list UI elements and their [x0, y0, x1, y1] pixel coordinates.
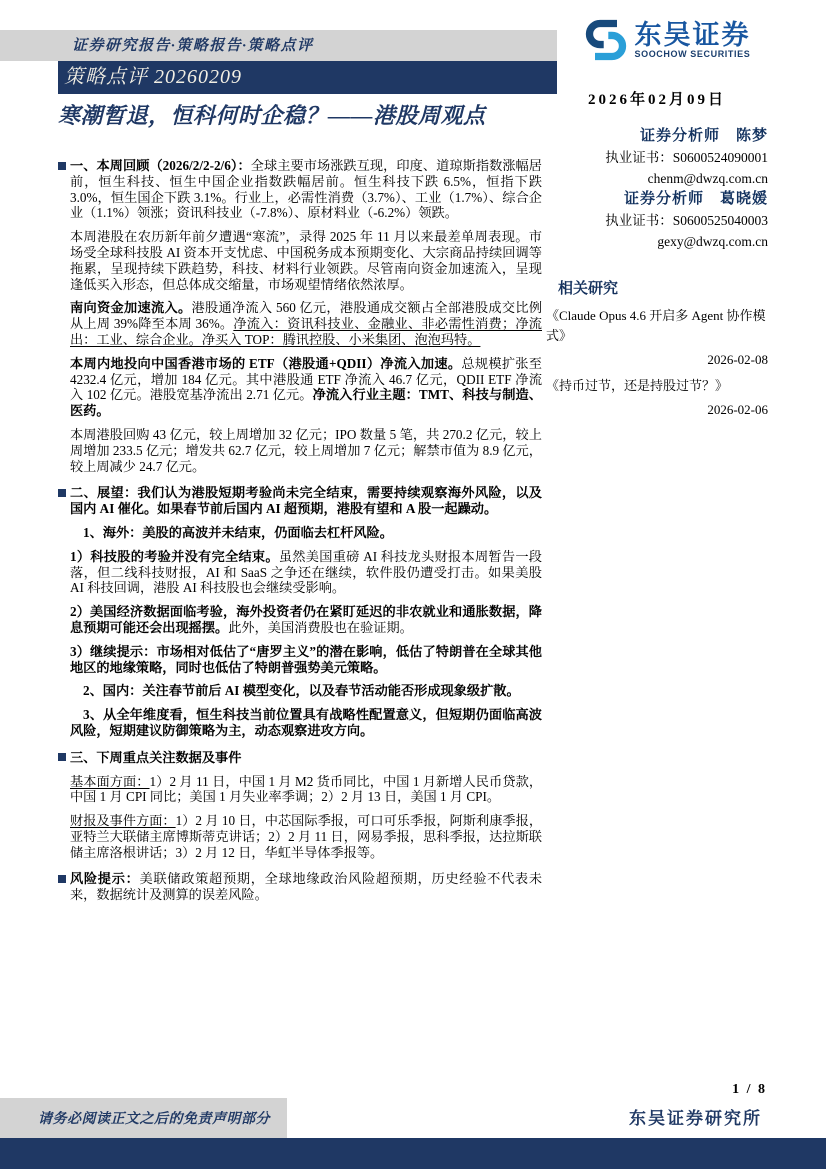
report-type-breadcrumb: 证券研究报告·策略报告·策略点评: [72, 38, 314, 54]
section-paragraph: 二、展望：我们认为港股短期考验尚未完全结束，需要持续观察海外风险，以及国内 AI…: [58, 485, 542, 517]
institute-name: 东吴证券研究所: [629, 1104, 762, 1129]
text-run: 二、展望：我们认为港股短期考验尚未完全结束，需要持续观察海外风险，以及国内 AI…: [70, 485, 542, 516]
body-paragraph: 3、从全年维度看，恒生科技当前位置具有战略性配置意义，但短期仍面临高波风险，短期…: [58, 707, 542, 739]
report-body: 一、本周回顾（2026/2/2-2/6）：全球主要市场涨跌互现，印度、道琼斯指数…: [58, 147, 542, 911]
text-run: 美联储政策超预期，全球地缘政治风险超预期，历史经验不代表未来，数据统计及测算的误…: [70, 871, 542, 902]
text-run: 本周内地投向中国香港市场的 ETF（港股通+QDII）净流入加速。: [70, 356, 461, 371]
body-paragraph: 财报及事件方面：1）2 月 10 日，中芯国际季报，可口可乐季报，阿斯利康季报，…: [58, 813, 542, 860]
license-label: 执业证书：: [605, 213, 673, 228]
brand-wordmark: 东吴证券 SOOCHOW SECURITIES: [635, 21, 751, 59]
disclaimer-band: 请务必阅读正文之后的免责声明部分: [0, 1098, 287, 1138]
brand-logo: 东吴证券 SOOCHOW SECURITIES: [566, 18, 768, 62]
section-bullet-icon: [58, 875, 66, 883]
text-run: 本周港股回购 43 亿元，较上周增加 32 亿元；IPO 数量 5 笔，共 27…: [70, 427, 542, 474]
analyst-name: 陈梦: [736, 128, 768, 144]
section-bullet-icon: [58, 489, 66, 497]
text-run: 三、下周重点关注数据及事件: [70, 750, 241, 765]
text-run: 财报及事件方面：: [70, 813, 176, 828]
right-sidebar: 东吴证券 SOOCHOW SECURITIES 2026年02月09日 证券分析…: [546, 18, 768, 420]
license-number: S0600524090001: [673, 150, 768, 165]
analyst-role: 证券分析师: [624, 191, 704, 207]
brand-name-en: SOOCHOW SECURITIES: [635, 49, 751, 59]
page-indicator: 1 / 8: [732, 1082, 767, 1098]
text-run: 基本面方面：: [70, 774, 150, 789]
analyst-email: gexy@dwzq.com.cn: [546, 231, 768, 252]
analyst-license: 执业证书：S0600525040003: [546, 210, 768, 231]
brand-name-cn: 东吴证券: [635, 21, 751, 49]
section-paragraph: 三、下周重点关注数据及事件: [58, 750, 542, 766]
text-run: 一、本周回顾（2026/2/2-2/6）：: [70, 158, 251, 173]
section-bullet-icon: [58, 753, 66, 761]
text-run: 3、从全年维度看，恒生科技当前位置具有战略性配置意义，但短期仍面临高波风险，短期…: [70, 707, 542, 738]
analyst-block: 证券分析师陈梦 执业证书：S0600524090001 chenm@dwzq.c…: [546, 126, 768, 252]
body-paragraph: 本周港股在农历新年前夕遭遇“寒流”，录得 2025 年 11 月以来最差单周表现…: [58, 229, 542, 292]
disclaimer-text: 请务必阅读正文之后的免责声明部分: [0, 1098, 287, 1128]
section-bullet-icon: [58, 162, 66, 170]
body-paragraph: 基本面方面：1）2 月 11 日，中国 1 月 M2 货币同比，中国 1 月新增…: [58, 774, 542, 806]
report-page: 证券研究报告·策略报告·策略点评 策略点评 20260209 寒潮暂退，恒科何时…: [0, 0, 826, 1169]
text-run: 本周港股在农历新年前夕遭遇“寒流”，录得 2025 年 11 月以来最差单周表现…: [70, 229, 542, 291]
body-paragraph: 2）美国经济数据面临考验，海外投资者仍在紧盯延迟的非农就业和通胀数据，降息预期可…: [58, 604, 542, 636]
section-paragraph: 风险提示：美联储政策超预期，全球地缘政治风险超预期，历史经验不代表未来，数据统计…: [58, 871, 542, 903]
body-paragraph: 本周港股回购 43 亿元，较上周增加 32 亿元；IPO 数量 5 笔，共 27…: [58, 427, 542, 474]
kicker-band: 证券研究报告·策略报告·策略点评: [0, 30, 557, 61]
related-research-heading: 相关研究: [546, 278, 768, 300]
section-paragraph: 一、本周回顾（2026/2/2-2/6）：全球主要市场涨跌互现，印度、道琼斯指数…: [58, 158, 542, 221]
footer-bar: [0, 1138, 826, 1169]
page-title: 寒潮暂退，恒科何时企稳？——港股周观点: [58, 99, 558, 130]
text-run: 风险提示：: [70, 871, 140, 886]
report-date: 2026年02月09日: [546, 88, 768, 109]
related-research-date: 2026-02-08: [546, 350, 768, 370]
body-paragraph: 2、国内：关注春节前后 AI 模型变化，以及春节活动能否形成现象级扩散。: [58, 683, 542, 699]
text-run: 1、海外：美股的高波并未结束，仍面临去杠杆风险。: [83, 525, 393, 540]
report-banner: 策略点评 20260209: [58, 61, 557, 94]
analyst-role-name: 证券分析师葛晓媛: [546, 189, 768, 210]
body-paragraph: 本周内地投向中国香港市场的 ETF（港股通+QDII）净流入加速。总规模扩张至 …: [58, 356, 542, 419]
related-research-title: 《Claude Opus 4.6 开启多 Agent 协作模式》: [546, 306, 768, 346]
banner-label: 策略点评 20260209: [64, 66, 242, 88]
text-run: 2、国内：关注春节前后 AI 模型变化，以及春节活动能否形成现象级扩散。: [83, 683, 520, 698]
body-paragraph: 1、海外：美股的高波并未结束，仍面临去杠杆风险。: [58, 525, 542, 541]
related-research: 相关研究 《Claude Opus 4.6 开启多 Agent 协作模式》 20…: [546, 278, 768, 420]
related-research-item: 《持币过节，还是持股过节？》 2026-02-06: [546, 376, 768, 420]
analyst-role: 证券分析师: [640, 128, 720, 144]
body-paragraph: 南向资金加速流入。港股通净流入 560 亿元，港股通成交额占全部港股成交比例从上…: [58, 300, 542, 347]
license-label: 执业证书：: [605, 150, 673, 165]
body-paragraph: 3）继续提示：市场相对低估了“唐罗主义”的潜在影响，低估了特朗普在全球其他地区的…: [58, 644, 542, 676]
analyst-license: 执业证书：S0600524090001: [546, 147, 768, 168]
related-research-title: 《持币过节，还是持股过节？》: [546, 376, 768, 396]
text-run: 1）科技股的考验并没有完全结束。: [70, 549, 279, 564]
analyst-name: 葛晓媛: [720, 191, 768, 207]
text-run: 南向资金加速流入。: [70, 300, 191, 315]
analyst-email: chenm@dwzq.com.cn: [546, 168, 768, 189]
soochow-logo-icon: [584, 18, 628, 62]
related-research-item: 《Claude Opus 4.6 开启多 Agent 协作模式》 2026-02…: [546, 306, 768, 370]
text-run: 此外，美国消费股也在验证期。: [228, 620, 413, 635]
text-run: 3）继续提示：市场相对低估了“唐罗主义”的潜在影响，低估了特朗普在全球其他地区的…: [70, 644, 542, 675]
analyst-role-name: 证券分析师陈梦: [546, 126, 768, 147]
body-paragraph: 1）科技股的考验并没有完全结束。虽然美国重磅 AI 科技龙头财报本周暂告一段落，…: [58, 549, 542, 596]
license-number: S0600525040003: [673, 213, 768, 228]
related-research-date: 2026-02-06: [546, 400, 768, 420]
